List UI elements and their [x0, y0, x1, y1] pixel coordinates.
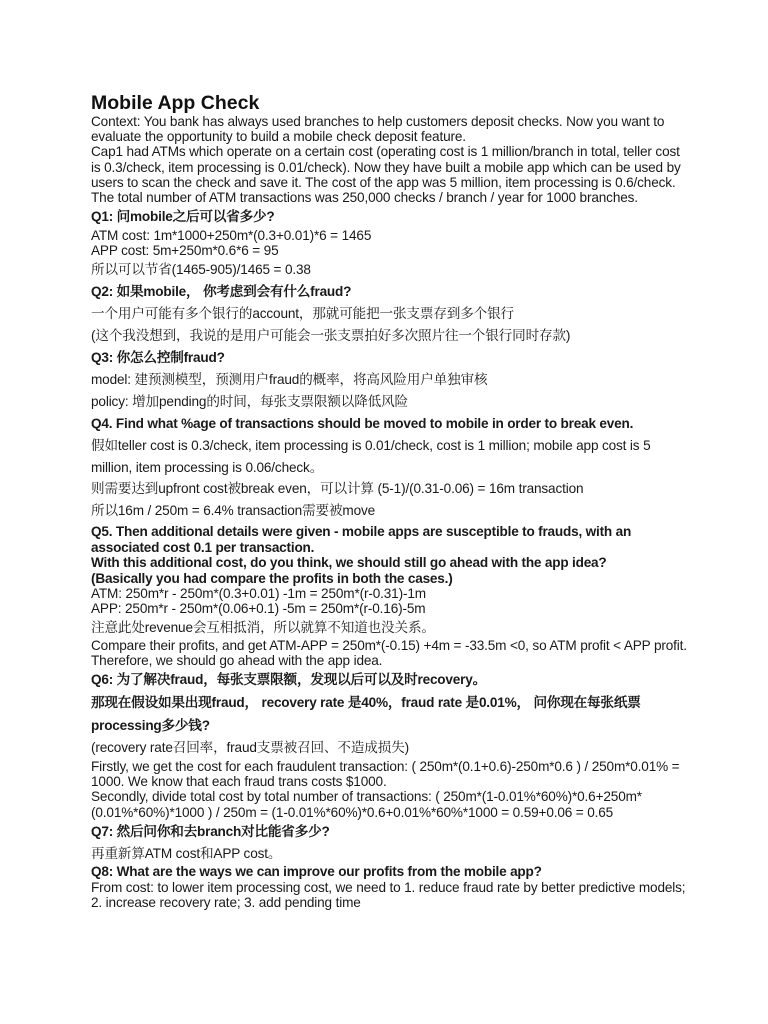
- document-page: Mobile App Check Context: You bank has a…: [91, 92, 691, 910]
- q7-heading: Q7: 然后问你和去branch对比能省多少?: [91, 820, 691, 843]
- q1-app-cost: APP cost: 5m+250m*0.6*6 = 95: [91, 243, 691, 258]
- context-details-paragraph: Cap1 had ATMs which operate on a certain…: [91, 144, 691, 205]
- q4-percentage: 所以16m / 250m = 6.4% transaction需要被move: [91, 500, 691, 522]
- q2-answer-1: 一个用户可能有多个银行的account，那就可能把一张支票存到多个银行: [91, 303, 691, 325]
- q5-conclusion: Compare their profits, and get ATM-APP =…: [91, 638, 691, 668]
- q5-hint: (Basically you had compare the profits i…: [91, 571, 691, 587]
- q6-step-1: Firstly, we get the cost for each fraudu…: [91, 759, 691, 789]
- q5-atm-profit: ATM: 250m*r - 250m*(0.3+0.01) -1m = 250m…: [91, 586, 691, 601]
- q8-heading: Q8: What are the ways we can improve our…: [91, 864, 691, 880]
- q6-heading: Q6: 为了解决fraud，每张支票限额，发现以后可以及时recovery。: [91, 668, 691, 691]
- q4-assumptions: 假如teller cost is 0.3/check, item process…: [91, 435, 691, 478]
- q4-breakeven: 则需要达到upfront cost被break even，可以计算 (5-1)/…: [91, 478, 691, 500]
- q3-model: model: 建预测模型，预测用户fraud的概率，将高风险用户单独审核: [91, 369, 691, 391]
- q5-heading: Q5. Then additional details were given -…: [91, 524, 691, 555]
- q3-policy: policy: 增加pending的时间，每张支票限额以降低风险: [91, 391, 691, 413]
- q6-question: 那现在假设如果出现fraud， recovery rate 是40%，fraud…: [91, 691, 691, 737]
- q1-savings: 所以可以节省(1465-905)/1465 = 0.38: [91, 259, 691, 281]
- q5-app-profit: APP: 250m*r - 250m*(0.06+0.1) -5m = 250m…: [91, 601, 691, 616]
- q1-atm-cost: ATM cost: 1m*1000+250m*(0.3+0.01)*6 = 14…: [91, 228, 691, 243]
- q3-heading: Q3: 你怎么控制fraud?: [91, 346, 691, 369]
- q8-answer: From cost: to lower item processing cost…: [91, 880, 691, 910]
- q1-heading: Q1: 问mobile之后可以省多少?: [91, 205, 691, 228]
- q5-note: 注意此处revenue会互相抵消，所以就算不知道也没关系。: [91, 617, 691, 639]
- q5-question: With this additional cost, do you think,…: [91, 555, 691, 571]
- document-title: Mobile App Check: [91, 92, 691, 114]
- q2-answer-2: (这个我没想到，我说的是用户可能会一张支票拍好多次照片往一个银行同时存款): [91, 325, 691, 347]
- q6-note: (recovery rate召回率，fraud支票被召回、不造成损失): [91, 737, 691, 759]
- q2-heading: Q2: 如果mobile， 你考虑到会有什么fraud?: [91, 280, 691, 303]
- q4-heading: Q4. Find what %age of transactions shoul…: [91, 412, 691, 435]
- context-paragraph: Context: You bank has always used branch…: [91, 114, 691, 144]
- q7-answer: 再重新算ATM cost和APP cost。: [91, 843, 691, 865]
- q6-step-2: Secondly, divide total cost by total num…: [91, 789, 691, 819]
